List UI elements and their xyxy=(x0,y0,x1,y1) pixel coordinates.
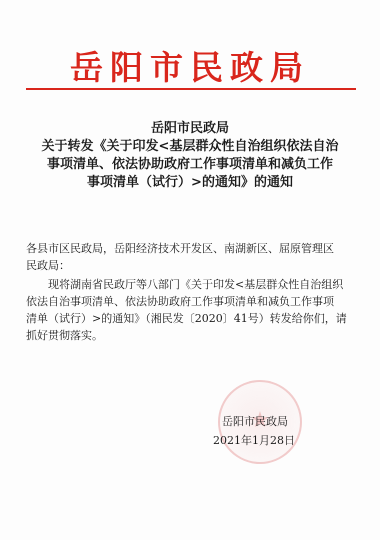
body-line: 清单（试行）>的通知》（湘民发〔2020〕41号）转发给你们，请 xyxy=(26,310,356,327)
red-divider-line xyxy=(26,88,356,90)
masthead-title: 岳阳市民政局 xyxy=(0,42,380,89)
signature-date: 2021年1月28日 xyxy=(213,432,295,448)
salutation: 各县市区民政局，岳阳经济技术开发区、南湖新区、屈原管理区 民政局： xyxy=(26,240,356,274)
title-line: 事项清单、依法协助政府工作事项清单和减负工作 xyxy=(40,156,340,174)
title-line: 关于转发《关于印发<基层群众性自治组织依法自治 xyxy=(40,138,340,156)
body-line: 现将湖南省民政厅等八部门《关于印发<基层群众性自治组织 xyxy=(26,276,356,293)
salutation-line: 民政局： xyxy=(26,257,356,274)
salutation-line: 各县市区民政局，岳阳经济技术开发区、南湖新区、屈原管理区 xyxy=(26,240,356,257)
body-paragraph: 现将湖南省民政厅等八部门《关于印发<基层群众性自治组织 依法自治事项清单、依法协… xyxy=(26,276,356,344)
title-line: 岳阳市民政局 xyxy=(40,120,340,138)
document-page: 岳阳市民政局 岳阳市民政局 关于转发《关于印发<基层群众性自治组织依法自治 事项… xyxy=(0,0,380,540)
body-line: 抓好贯彻落实。 xyxy=(26,327,356,344)
title-line: 事项清单（试行）>的通知》的通知 xyxy=(40,174,340,192)
document-title: 岳阳市民政局 关于转发《关于印发<基层群众性自治组织依法自治 事项清单、依法协助… xyxy=(40,120,340,192)
signature-organization: 岳阳市民政局 xyxy=(222,413,288,429)
body-line: 依法自治事项清单、依法协助政府工作事项清单和减负工作事项 xyxy=(26,293,356,310)
